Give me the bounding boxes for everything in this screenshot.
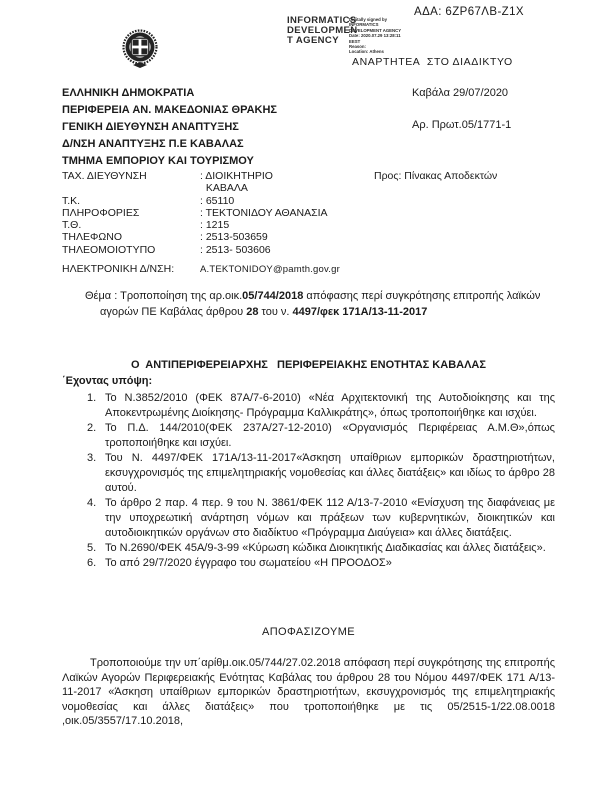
list-item-number: 4.: [87, 496, 96, 511]
list-item: 2.Το Π.Δ. 144/2010(ΦΕΚ 237Α/27-12-2010) …: [85, 421, 555, 451]
city-date: Καβάλα 29/07/2020: [412, 87, 508, 99]
list-item-text: Το Ν.3852/2010 (ΦΕΚ 87Α/7-6-2010) «Νέα Α…: [105, 392, 555, 419]
letterhead-line: ΤΜΗΜΑ ΕΜΠΟΡΙΟΥ ΚΑΙ ΤΟΥΡΙΣΜΟΥ: [62, 153, 277, 170]
contact-label: ΤΑΧ. ΔΙΕΥΘΥΝΣΗ: [62, 170, 200, 182]
list-item: 5.Το Ν.2690/ΦΕΚ 45Α/9-3-99 «Κύρωση κώδικ…: [85, 541, 555, 556]
posted-online-notice: ΑΝΑΡΤΗΤΕΑ ΣΤΟ ΔΙΑΔΙΚΤΥΟ: [352, 56, 513, 68]
contact-label: Τ.Κ.: [62, 195, 200, 207]
subject-segment: Θέμα : Τροποποίηση της αρ.οικ.: [85, 290, 242, 302]
contact-value: : ΔΙΟΙΚΗΤΗΡΙΟ: [200, 170, 273, 182]
protocol-number: Αρ. Πρωτ.05/1771-1: [412, 119, 511, 131]
list-item: 1.Το Ν.3852/2010 (ΦΕΚ 87Α/7-6-2010) «Νέα…: [85, 391, 555, 421]
subject-segment-bold: 05/744/2018: [242, 290, 303, 302]
list-item-number: 3.: [87, 451, 96, 466]
list-item-text: Το από 29/7/2020 έγγραφο του σωματείου «…: [105, 557, 392, 569]
list-item: 3.Του Ν. 4497/ΦΕΚ 171Α/13-11-2017«Άσκηση…: [85, 451, 555, 496]
contact-label: ΠΛΗΡΟΦΟΡΙΕΣ: [62, 207, 200, 219]
contact-value: ΚΑΒΑΛΑ: [200, 182, 248, 194]
decision-heading: ΑΠΟΦΑΣΙΖΟΥΜΕ: [62, 626, 555, 638]
contact-label: ΤΗΛΕΦΩΝΟ: [62, 231, 200, 243]
contact-info-block: ΤΑΧ. ΔΙΕΥΘΥΝΣΗ: ΔΙΟΙΚΗΤΗΡΙΟ ΚΑΒΑΛΑ Τ.Κ.:…: [62, 170, 328, 256]
email-row: ΗΛΕΚΤΡΟΝΙΚΗ Δ/ΝΣΗ: A.TEKTONIDOY@pamth.go…: [62, 263, 340, 275]
contact-value: : 2513- 503606: [200, 244, 271, 256]
list-item-number: 6.: [87, 556, 96, 571]
list-item-text: Του Ν. 4497/ΦΕΚ 171Α/13-11-2017«Άσκηση υ…: [105, 452, 555, 494]
letterhead-line: ΕΛΛΗΝΙΚΗ ΔΗΜΟΚΡΑΤΙΑ: [62, 85, 277, 102]
contact-row: ΚΑΒΑΛΑ: [62, 182, 328, 194]
subject-segment: του ν.: [258, 306, 292, 318]
contact-row: ΤΑΧ. ΔΙΕΥΘΥΝΣΗ: ΔΙΟΙΚΗΤΗΡΙΟ: [62, 170, 328, 182]
contact-row: Τ.Κ.: 65110: [62, 195, 328, 207]
list-item-text: Το Π.Δ. 144/2010(ΦΕΚ 237Α/27-12-2010) «Ο…: [105, 422, 555, 449]
digital-signature-stamp: INFORMATICS DEVELOPMEN T AGENCY Digitall…: [287, 16, 435, 55]
letterhead-line: ΓΕΝΙΚΗ ΔΙΕΥΘΥΝΣΗ ΑΝΑΠΤΥΞΗΣ: [62, 119, 277, 136]
email-label: ΗΛΕΚΤΡΟΝΙΚΗ Δ/ΝΣΗ:: [62, 263, 200, 275]
contact-label: ΤΗΛΕΟΜΟΙΟΤΥΠΟ: [62, 244, 200, 256]
stamp-agency-line: T AGENCY: [287, 36, 349, 46]
considerations-list: 1.Το Ν.3852/2010 (ΦΕΚ 87Α/7-6-2010) «Νέα…: [85, 391, 555, 571]
list-item: 4.Το άρθρο 2 παρ. 4 περ. 9 του Ν. 3861/Φ…: [85, 496, 555, 541]
contact-value: : ΤΕΚΤΟΝΙΔΟΥ ΑΘΑΝΑΣΙΑ: [200, 207, 328, 219]
contact-label: Τ.Θ.: [62, 219, 200, 231]
decision-paragraph: Τροποποιούμε την υπ΄αρίθμ.οικ.05/744/27.…: [62, 656, 555, 729]
stamp-agency-name: INFORMATICS DEVELOPMEN T AGENCY: [287, 16, 349, 55]
subject-segment-bold: 28: [246, 306, 258, 318]
letterhead-line: Δ/ΝΣΗ ΑΝΑΠΤΥΞΗΣ Π.Ε ΚΑΒΑΛΑΣ: [62, 136, 277, 153]
contact-row: ΠΛΗΡΟΦΟΡΙΕΣ: ΤΕΚΤΟΝΙΔΟΥ ΑΘΑΝΑΣΙΑ: [62, 207, 328, 219]
list-item-text: Το άρθρο 2 παρ. 4 περ. 9 του Ν. 3861/ΦΕΚ…: [105, 497, 555, 539]
list-item-number: 1.: [87, 391, 96, 406]
contact-value: : 1215: [200, 219, 229, 231]
having-regard-label: ΄Εχοντας υπόψη:: [62, 375, 152, 387]
stamp-signature-line: Location: Athens: [349, 49, 435, 54]
contact-row: ΤΗΛΕΟΜΟΙΟΤΥΠΟ: 2513- 503606: [62, 244, 328, 256]
document-page: ΑΔΑ: 6ZP67ΛΒ-Ζ1Χ INFORMATICS DEVELOPMEN …: [0, 0, 612, 792]
letterhead-line: ΠΕΡΙΦΕΡΕΙΑ ΑΝ. ΜΑΚΕΔΟΝΙΑΣ ΘΡΑΚΗΣ: [62, 102, 277, 119]
email-address: A.TEKTONIDOY@pamth.gov.gr: [200, 263, 340, 275]
list-item-text: Το Ν.2690/ΦΕΚ 45Α/9-3-99 «Κύρωση κώδικα …: [105, 542, 546, 554]
issuer-heading: Ο ΑΝΤΙΠΕΡΙΦΕΡΕΙΑΡΧΗΣ ΠΕΡΙΦΕΡΕΙΑΚΗΣ ΕΝΟΤΗ…: [62, 359, 555, 371]
stamp-signature-details: Digitally signed by INFORMATICS DEVELOPM…: [349, 16, 435, 55]
list-item-number: 2.: [87, 421, 96, 436]
list-item-number: 5.: [87, 541, 96, 556]
letterhead-agency-block: ΕΛΛΗΝΙΚΗ ΔΗΜΟΚΡΑΤΙΑ ΠΕΡΙΦΕΡΕΙΑ ΑΝ. ΜΑΚΕΔ…: [62, 85, 277, 170]
contact-row: ΤΗΛΕΦΩΝΟ: 2513-503659: [62, 231, 328, 243]
contact-value: : 65110: [200, 195, 234, 207]
contact-row: Τ.Θ.: 1215: [62, 219, 328, 231]
greek-emblem-icon: [119, 27, 161, 73]
contact-label: [62, 182, 200, 194]
recipient-line: Προς: Πίνακας Αποδεκτών: [374, 170, 497, 182]
list-item: 6.Το από 29/7/2020 έγγραφο του σωματείου…: [85, 556, 555, 571]
subject-segment-bold: 4497/φεκ 171Α/13-11-2017: [293, 306, 428, 318]
contact-value: : 2513-503659: [200, 231, 268, 243]
subject-line: Θέμα : Τροποποίηση της αρ.οικ.05/744/201…: [85, 289, 548, 320]
